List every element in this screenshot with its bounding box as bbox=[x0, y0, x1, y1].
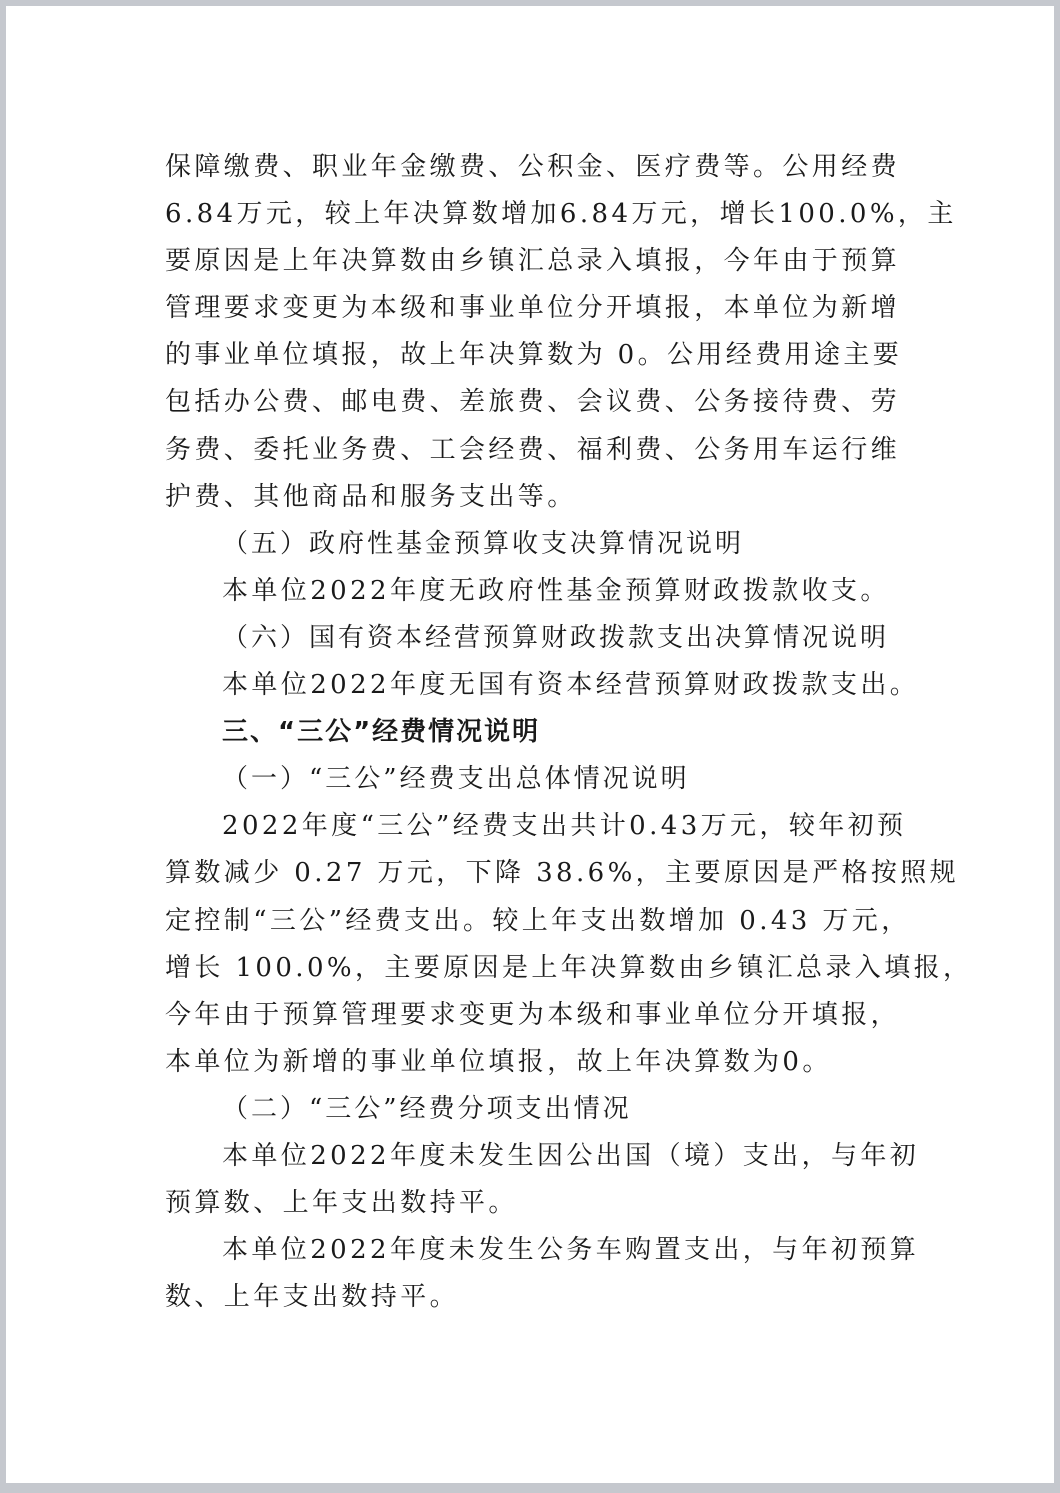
body-line: 预算数、上年支出数持平。 bbox=[165, 1180, 905, 1227]
body-line: 管理要求变更为本级和事业单位分开填报，本单位为新增 bbox=[165, 285, 905, 332]
subheading-state-capital: （六）国有资本经营预算财政拨款支出决算情况说明 bbox=[165, 615, 905, 662]
subheading-government-fund: （五）政府性基金预算收支决算情况说明 bbox=[165, 521, 905, 568]
body-line: 保障缴费、职业年金缴费、公积金、医疗费等。公用经费 bbox=[165, 144, 905, 191]
body-line: 本单位2022年度无国有资本经营预算财政拨款支出。 bbox=[165, 662, 905, 709]
body-line: 包括办公费、邮电费、差旅费、会议费、公务接待费、劳 bbox=[165, 379, 905, 426]
body-line: 本单位2022年度未发生公务车购置支出，与年初预算 bbox=[165, 1227, 905, 1274]
subheading-itemized-expenditure: （二）“三公”经费分项支出情况 bbox=[165, 1086, 905, 1133]
section-heading-three-public: 三、“三公”经费情况说明 bbox=[165, 709, 905, 756]
body-line: 今年由于预算管理要求变更为本级和事业单位分开填报， bbox=[165, 992, 905, 1039]
body-line: 6.84万元，较上年决算数增加6.84万元，增长100.0%，主 bbox=[165, 191, 905, 238]
body-line: 的事业单位填报，故上年决算数为 0。公用经费用途主要 bbox=[165, 332, 905, 379]
body-line: 护费、其他商品和服务支出等。 bbox=[165, 474, 905, 521]
body-line: 务费、委托业务费、工会经费、福利费、公务用车运行维 bbox=[165, 427, 905, 474]
body-line: 定控制“三公”经费支出。较上年支出数增加 0.43 万元， bbox=[165, 898, 905, 945]
body-line: 2022年度“三公”经费支出共计0.43万元，较年初预 bbox=[165, 803, 905, 850]
body-line: 要原因是上年决算数由乡镇汇总录入填报，今年由于预算 bbox=[165, 238, 905, 285]
document-body: 保障缴费、职业年金缴费、公积金、医疗费等。公用经费 6.84万元，较上年决算数增… bbox=[165, 144, 905, 1321]
body-line: 算数减少 0.27 万元，下降 38.6%，主要原因是严格按照规 bbox=[165, 850, 905, 897]
body-line: 增长 100.0%，主要原因是上年决算数由乡镇汇总录入填报， bbox=[165, 945, 905, 992]
body-line: 数、上年支出数持平。 bbox=[165, 1274, 905, 1321]
body-line: 本单位为新增的事业单位填报，故上年决算数为0。 bbox=[165, 1039, 905, 1086]
body-line: 本单位2022年度未发生因公出国（境）支出，与年初 bbox=[165, 1133, 905, 1180]
body-line: 本单位2022年度无政府性基金预算财政拨款收支。 bbox=[165, 568, 905, 615]
document-page: 保障缴费、职业年金缴费、公积金、医疗费等。公用经费 6.84万元，较上年决算数增… bbox=[6, 6, 1054, 1483]
subheading-overall-expenditure: （一）“三公”经费支出总体情况说明 bbox=[165, 756, 905, 803]
